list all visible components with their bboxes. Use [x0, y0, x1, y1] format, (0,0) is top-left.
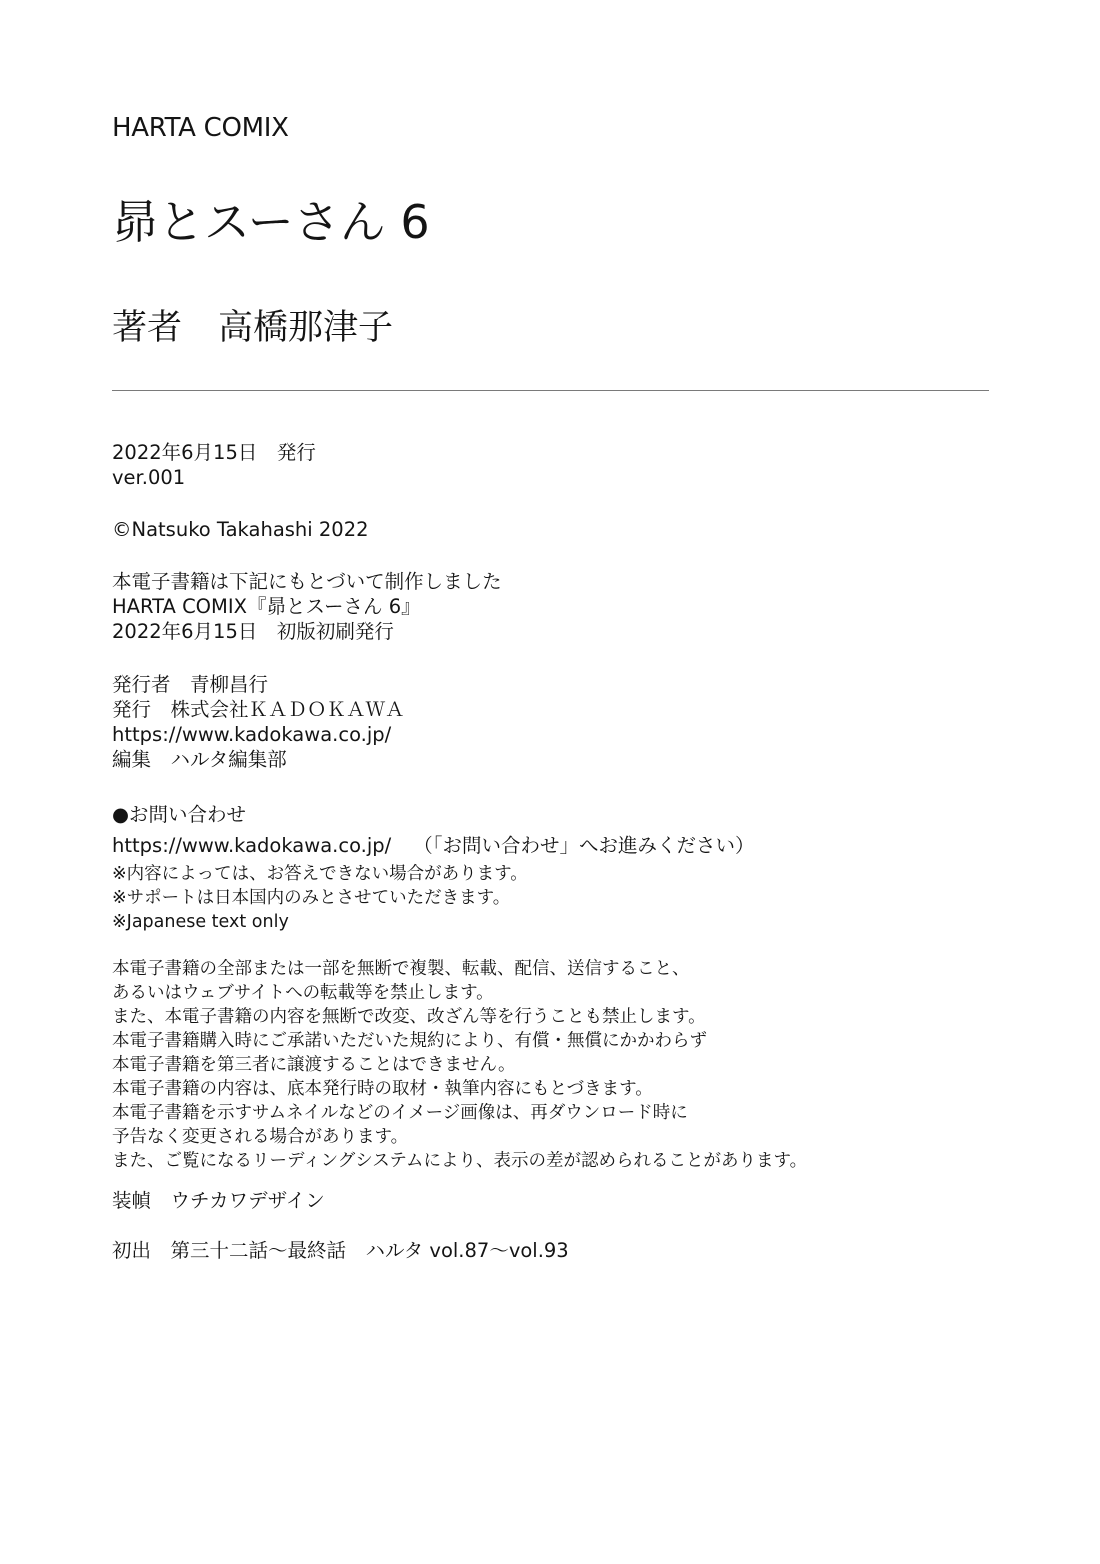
publisher-info: 発行者 青柳昌行 発行 株式会社ＫＡＤＯＫＡＷＡ https://www.kad… — [112, 672, 405, 772]
legal-line: 本電子書籍の全部または一部を無断で複製、転載、配信、送信すること、 — [112, 957, 807, 981]
publisher-company: 発行 株式会社ＫＡＤＯＫＡＷＡ — [112, 697, 405, 722]
imprint-label: HARTA COMIX — [112, 113, 289, 143]
contact-section: ●お問い合わせ https://www.kadokawa.co.jp/（「お問い… — [112, 802, 755, 858]
contact-heading: ●お問い合わせ — [112, 802, 755, 827]
contact-notes: ※内容によっては、お答えできない場合があります。 ※サポートは日本国内のみとさせ… — [112, 862, 528, 934]
contact-note: ※Japanese text only — [112, 910, 528, 934]
legal-line: 本電子書籍購入時にご承諾いただいた規約により、有償・無償にかかわらず — [112, 1029, 807, 1053]
source-line-1: 本電子書籍は下記にもとづいて制作しました — [112, 569, 502, 594]
legal-line: 本電子書籍を第三者に譲渡することはできません。 — [112, 1053, 807, 1077]
author-label: 著者 — [112, 308, 182, 348]
contact-note: ※サポートは日本国内のみとさせていただきます。 — [112, 886, 528, 910]
book-title: 昴とスーさん 6 — [112, 186, 430, 252]
source-info: 本電子書籍は下記にもとづいて制作しました HARTA COMIX『昴とスーさん … — [112, 569, 502, 644]
author-line: 著者高橋那津子 — [112, 300, 393, 350]
publisher-url-link[interactable]: https://www.kadokawa.co.jp/ — [112, 722, 405, 747]
legal-line: あるいはウェブサイトへの転載等を禁止します。 — [112, 981, 807, 1005]
copyright-notice: ©Natsuko Takahashi 2022 — [112, 517, 369, 542]
publisher-person: 発行者 青柳昌行 — [112, 672, 405, 697]
editor-line: 編集 ハルタ編集部 — [112, 747, 405, 772]
first-appearance-text: 初出 第三十二話～最終話 ハルタ vol.87～vol.93 — [112, 1238, 569, 1263]
contact-url-line: https://www.kadokawa.co.jp/（「お問い合わせ」へお進み… — [112, 833, 755, 858]
source-line-2: HARTA COMIX『昴とスーさん 6』 — [112, 594, 502, 619]
divider — [112, 390, 989, 391]
contact-note: ※内容によっては、お答えできない場合があります。 — [112, 862, 528, 886]
legal-line: 予告なく変更される場合があります。 — [112, 1125, 807, 1149]
design-credit: 装幀 ウチカワデザイン — [112, 1188, 325, 1213]
legal-line: また、本電子書籍の内容を無断で改変、改ざん等を行うことも禁止します。 — [112, 1005, 807, 1029]
source-line-3: 2022年6月15日 初版初刷発行 — [112, 619, 502, 644]
legal-line: また、ご覧になるリーディングシステムにより、表示の差が認められることがあります。 — [112, 1149, 807, 1173]
legal-line: 本電子書籍の内容は、底本発行時の取材・執筆内容にもとづきます。 — [112, 1077, 807, 1101]
copyright-text: ©Natsuko Takahashi 2022 — [112, 517, 369, 542]
publication-date: 2022年6月15日 発行 — [112, 440, 316, 465]
design-credit-text: 装幀 ウチカワデザイン — [112, 1188, 325, 1213]
colophon-page: HARTA COMIX 昴とスーさん 6 著者高橋那津子 2022年6月15日 … — [0, 0, 1100, 1564]
publication-info: 2022年6月15日 発行 ver.001 — [112, 440, 316, 490]
first-appearance: 初出 第三十二話～最終話 ハルタ vol.87～vol.93 — [112, 1238, 569, 1263]
version-label: ver.001 — [112, 465, 316, 490]
legal-line: 本電子書籍を示すサムネイルなどのイメージ画像は、再ダウンロード時に — [112, 1101, 807, 1125]
author-name: 高橋那津子 — [218, 308, 393, 348]
contact-url-note: （「お問い合わせ」へお進みください） — [413, 834, 754, 857]
legal-notice: 本電子書籍の全部または一部を無断で複製、転載、配信、送信すること、 あるいはウェ… — [112, 957, 807, 1173]
contact-url-link[interactable]: https://www.kadokawa.co.jp/ — [112, 834, 391, 857]
